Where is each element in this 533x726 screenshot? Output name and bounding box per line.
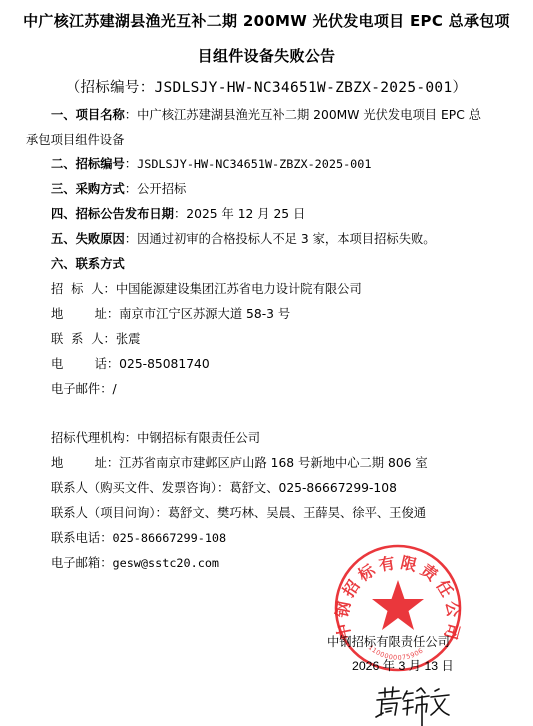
agency-address: 地 址：江苏省南京市建邺区庐山路 168 号新地中心二期 806 室 [51, 455, 428, 471]
project-name-continuation: 承包项目组件设备 [26, 132, 124, 148]
procurement-method-value: 公开招标 [137, 182, 186, 196]
section-label: 四、招标公告发布日期 [51, 207, 174, 221]
section-publish-date: 四、招标公告发布日期：2025 年 12 月 25 日 [51, 206, 305, 222]
agency-phone: 联系电话：025-86667299-108 [51, 530, 226, 546]
section-contact-heading: 六、联系方式 [51, 256, 125, 272]
agency-contact-purchase: 联系人（购买文件、发票咨询）：葛舒文、025-86667299-108 [51, 480, 397, 496]
signoff-date: 2026 年 3 月 13 日 [352, 656, 454, 674]
handwritten-signature-icon [373, 685, 453, 726]
agency-name: 招标代理机构：中钢招标有限责任公司 [51, 430, 260, 446]
tender-number-heading: （招标编号：JSDLSJY-HW-NC34651W-ZBZX-2025-001） [0, 76, 533, 97]
document-title-line2: 目组件设备失败公告 [0, 45, 533, 66]
tender-number-value: JSDLSJY-HW-NC34651W-ZBZX-2025-001 [137, 157, 371, 171]
tenderer-contact: 联 系 人：张震 [51, 331, 140, 347]
tenderer-email: 电子邮件：/ [51, 381, 117, 397]
project-name-value: 中广核江苏建湖县渔光互补二期 200MW 光伏发电项目 EPC 总 [137, 108, 481, 122]
email-link[interactable]: gesw@sstc20.com [113, 556, 220, 570]
section-project-name: 一、项目名称：中广核江苏建湖县渔光互补二期 200MW 光伏发电项目 EPC 总 [51, 107, 481, 123]
tenderer-phone: 电 话：025-85081740 [51, 356, 210, 372]
tenderer-name: 招 标 人：中国能源建设集团江苏省电力设计院有限公司 [51, 281, 362, 297]
section-label: 三、采购方式 [51, 182, 125, 196]
section-label: 一、项目名称 [51, 108, 125, 122]
agency-email: 电子邮箱：gesw@sstc20.com [51, 555, 219, 571]
failure-reason-value: 因通过初审的合格投标人不足 3 家，本项目招标失败。 [137, 232, 435, 246]
document-title-line1: 中广核江苏建湖县渔光互补二期 200MW 光伏发电项目 EPC 总承包项 [0, 10, 533, 31]
announcement-page: 中广核江苏建湖县渔光互补二期 200MW 光伏发电项目 EPC 总承包项 目组件… [0, 0, 533, 726]
section-label: 二、招标编号 [51, 157, 125, 171]
section-label: 五、失败原因 [51, 232, 125, 246]
agency-contact-project: 联系人（项目问询）：葛舒文、樊巧林、吴晨、王薛昊、徐平、王俊通 [51, 505, 426, 521]
section-failure-reason: 五、失败原因：因通过初审的合格投标人不足 3 家，本项目招标失败。 [51, 231, 436, 247]
tenderer-address: 地 址：南京市江宁区苏源大道 58-3 号 [51, 306, 290, 322]
section-procurement-method: 三、采购方式：公开招标 [51, 181, 186, 197]
section-label: 六、联系方式 [51, 257, 125, 271]
signoff-company: 中钢招标有限责任公司 [327, 632, 450, 650]
section-tender-number: 二、招标编号：JSDLSJY-HW-NC34651W-ZBZX-2025-001 [51, 156, 372, 172]
publish-date-value: 2025 年 12 月 25 日 [186, 207, 305, 221]
